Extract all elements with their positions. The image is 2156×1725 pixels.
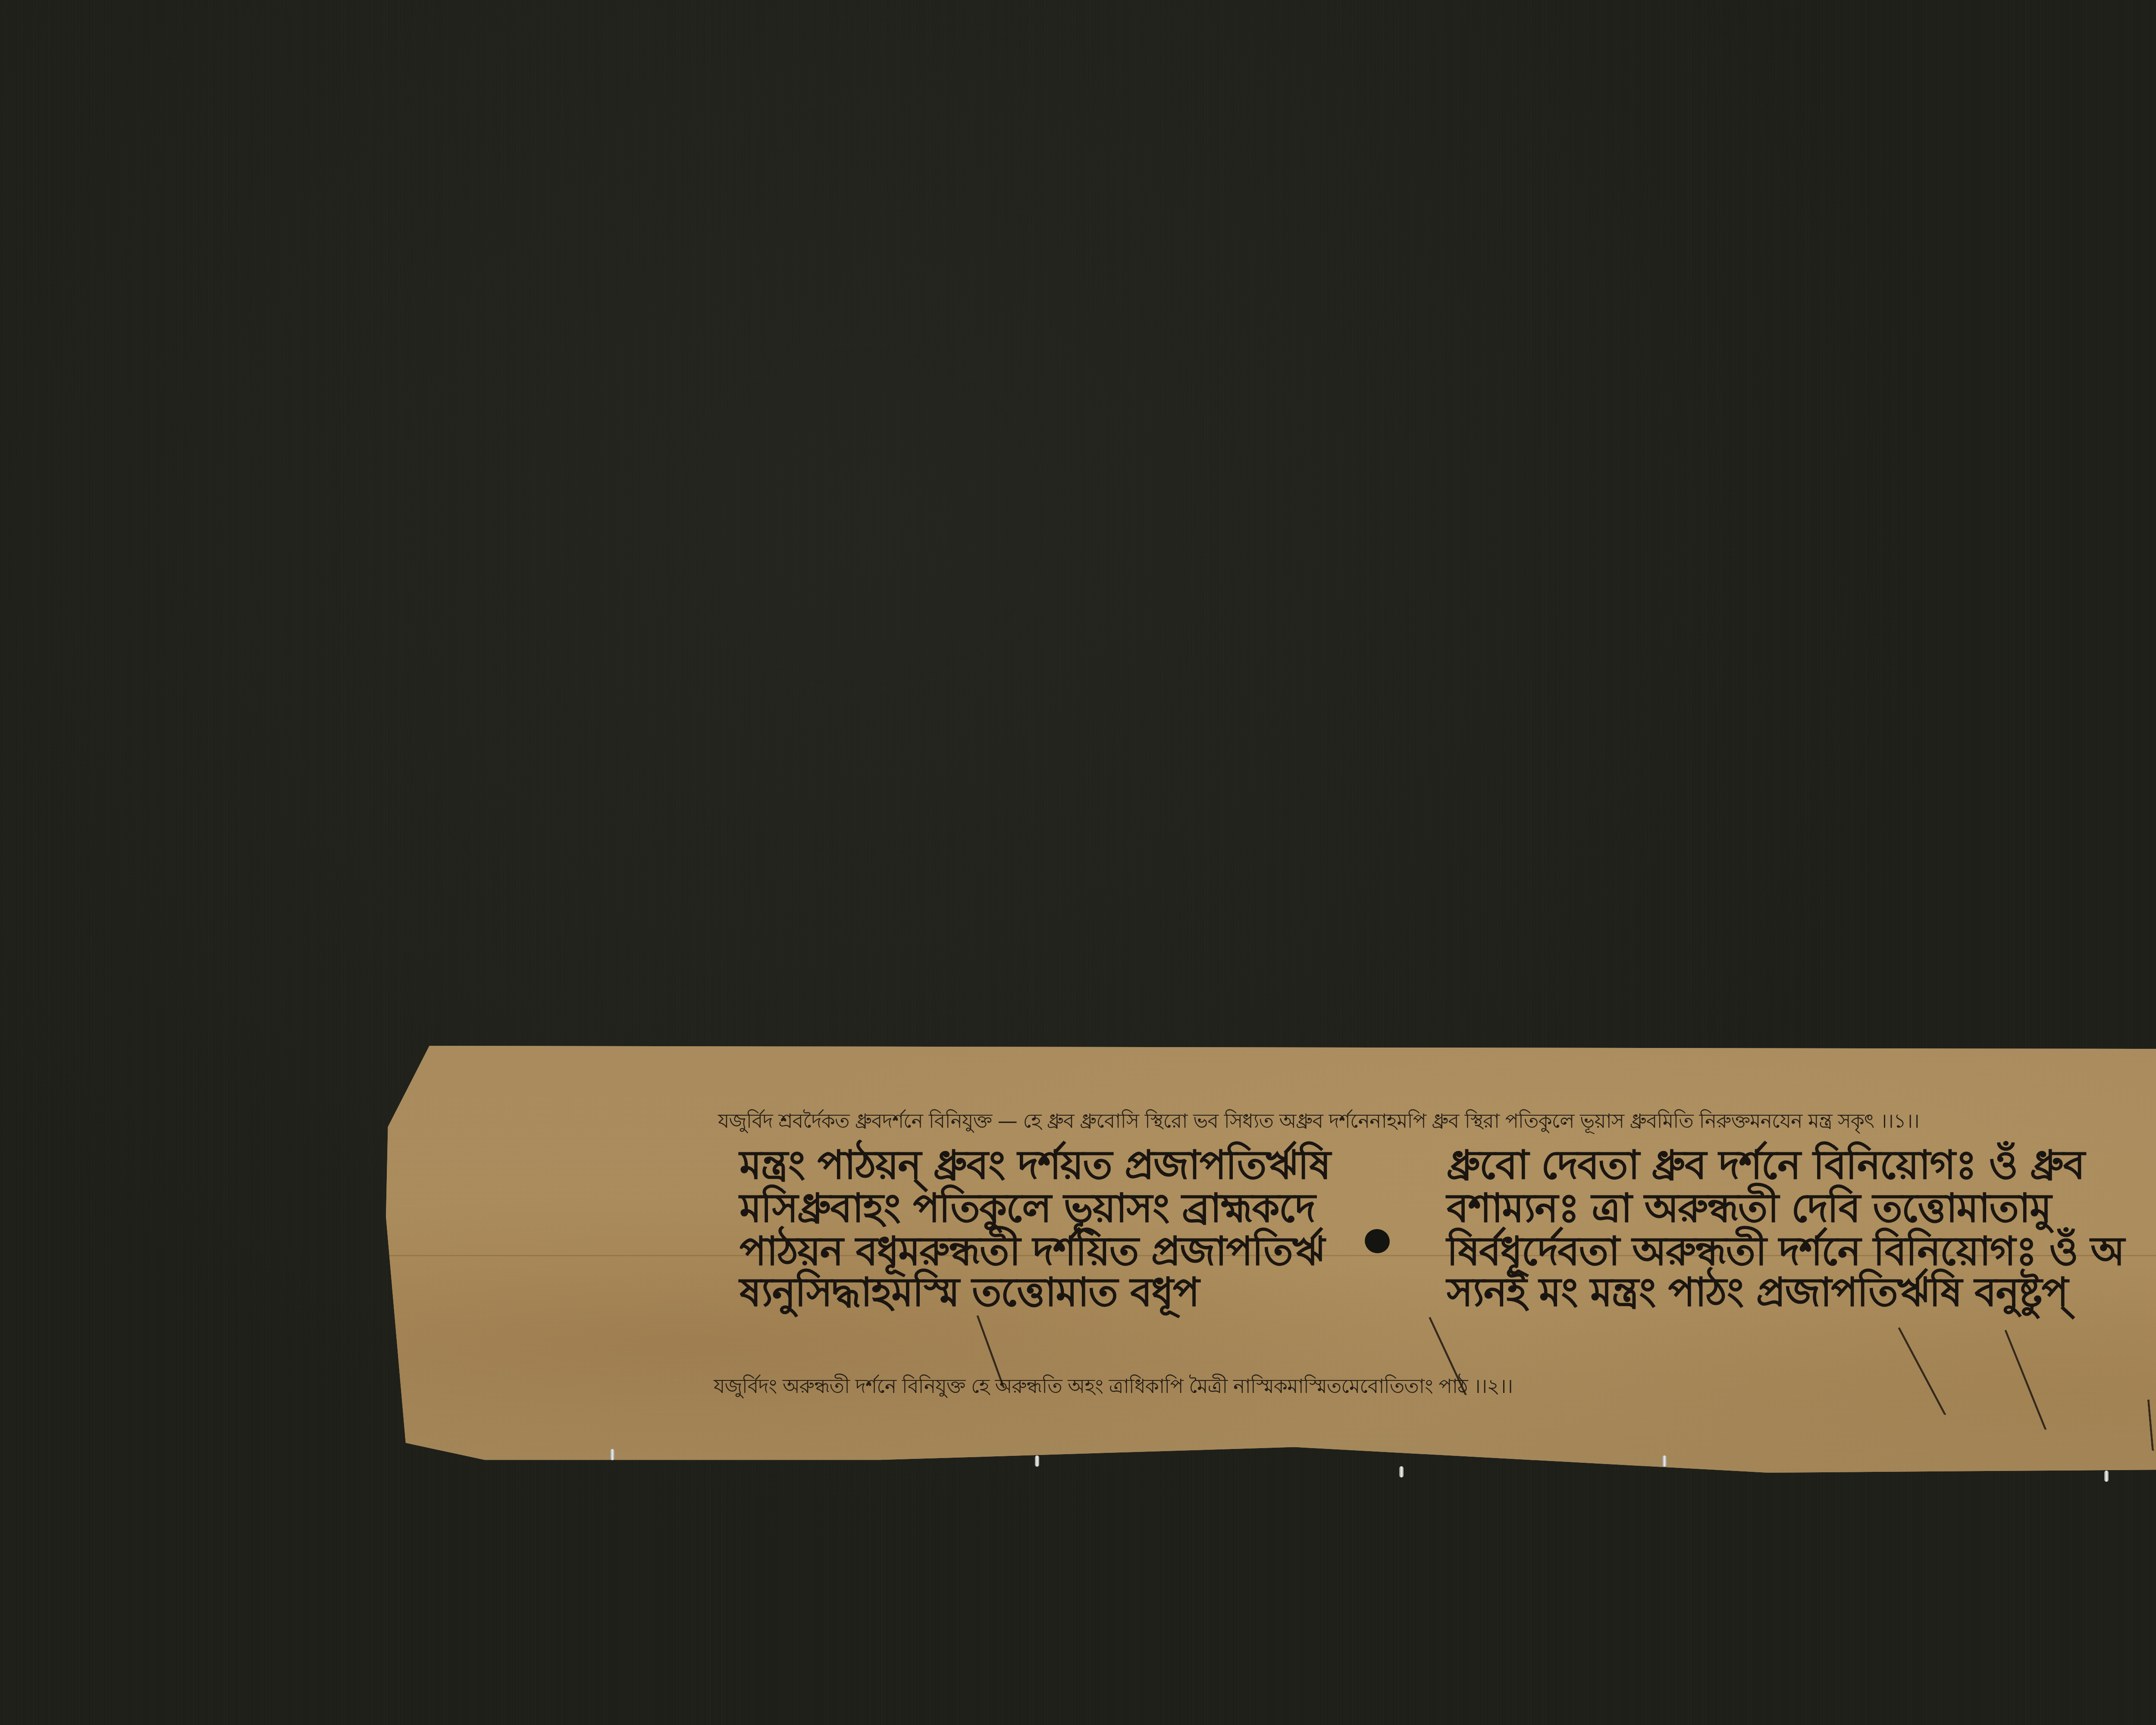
manuscript-folio: যজুর্বিদ শ্রবর্দৈকত ধ্রুবদর্শনে বিনিযুক্… bbox=[386, 1046, 2156, 1473]
string-hole bbox=[1361, 1226, 1393, 1257]
ink-flourish bbox=[2147, 1399, 2154, 1451]
mounting-pin bbox=[1399, 1466, 1404, 1477]
ink-flourish bbox=[1898, 1327, 1946, 1415]
margin-text-bottom: যজুর্বিদং অরুন্ধতী দর্শনে বিনিযুক্ত হে অ… bbox=[714, 1371, 1513, 1404]
text-line-left-4: ষ্যনুসিদ্ধাহমস্মি তত্তোমাত বধূপ bbox=[740, 1261, 1199, 1328]
mounting-pin bbox=[1662, 1455, 1667, 1467]
mounting-pin bbox=[1035, 1455, 1039, 1467]
mounting-pin bbox=[610, 1449, 614, 1460]
mounting-pin bbox=[2104, 1471, 2109, 1482]
ink-flourish bbox=[2004, 1330, 2046, 1430]
text-line-right-4: স্যনই মং মন্ত্রং পাঠং প্রজাপতির্ঋষি বনুষ… bbox=[1447, 1261, 2068, 1328]
